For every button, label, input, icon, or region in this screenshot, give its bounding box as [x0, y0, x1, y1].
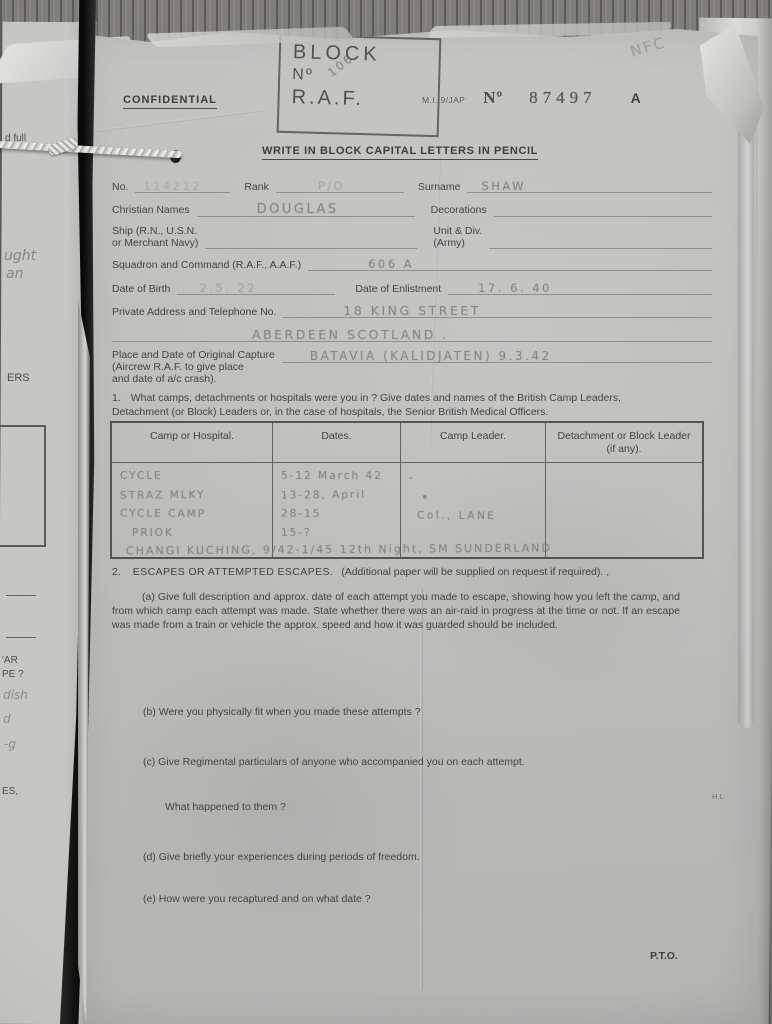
- squadron-value: 606 A: [368, 257, 414, 271]
- adjacent-page-fragment: ES,: [2, 786, 18, 797]
- surname-field: SHAW: [467, 178, 712, 193]
- right-fold-highlight: [738, 88, 754, 728]
- unit-field: [489, 234, 712, 249]
- field-row: Private Address and Telephone No. 18 KIN…: [112, 303, 712, 318]
- block-number-stamp: BLOCK Nº R.A.F.: [277, 34, 442, 137]
- personal-details-fields: No. 114212 Rank P/O Surname SHAW Christi…: [112, 178, 712, 393]
- mi9-reference: M.I. 9/JAP: [422, 95, 465, 105]
- adjacent-page-handwriting: an: [6, 266, 23, 282]
- field-row: No. 114212 Rank P/O Surname SHAW: [112, 178, 712, 193]
- address-field-line2: ABERDEEN SCOTLAND .: [112, 327, 712, 342]
- enlistment-label: Date of Enlistment: [335, 283, 448, 295]
- question-1-text: What camps, detachments or hospitals wer…: [112, 392, 621, 418]
- no-label: No.: [112, 181, 135, 193]
- squadron-label: Squadron and Command (R.A.F., A.A.F.): [112, 259, 308, 271]
- question-1-number: 1.: [112, 392, 131, 404]
- surname-label: Surname: [404, 181, 468, 193]
- column-header: Camp Leader.: [400, 423, 545, 463]
- camp-entry: STRAZ MLKY: [120, 485, 270, 506]
- adjacent-page-handwriting: d: [3, 712, 11, 726]
- field-row: Squadron and Command (R.A.F., A.A.F.) 60…: [112, 256, 712, 271]
- vertical-crease: [420, 588, 423, 990]
- field-row: Ship (R.N., U.S.N. or Merchant Navy) Uni…: [112, 225, 712, 249]
- capture-value: BATAVIA (KALIDJATEN) 9.3.42: [310, 349, 552, 363]
- confidential-marking: CONFIDENTIAL: [123, 94, 217, 109]
- serial-number-row: M.I. 9/JAP Nº 87497 A: [422, 88, 641, 108]
- date-entry: 5-12 March 42: [281, 467, 398, 486]
- diagonal-crease: [93, 110, 262, 133]
- enlistment-field: 17. 6. 40: [448, 280, 712, 295]
- right-edge-fragment: H.L.: [712, 792, 726, 801]
- main-form-page: CONFIDENTIAL BLOCK Nº R.A.F. 106 M.I. 9/…: [82, 28, 758, 1024]
- stamp-line: R.A.F.: [291, 86, 438, 113]
- question-2c-followup: What happened to them ?: [165, 800, 286, 814]
- adjacent-page-handwriting: ught: [4, 248, 36, 264]
- christian-names-value: DOUGLAS: [257, 202, 339, 217]
- rank-field: P/O: [276, 178, 404, 193]
- adjacent-page-fragment: PE ?: [2, 669, 24, 680]
- rank-value: P/O: [318, 179, 345, 193]
- question-2d: (d) Give briefly your experiences during…: [143, 850, 420, 864]
- question-2c: (c) Give Regimental particulars of anyon…: [143, 755, 525, 769]
- camp-entry: CYCLE CAMP: [120, 505, 270, 525]
- number-sign: Nº: [483, 88, 503, 108]
- adjacent-page-rule: [6, 637, 36, 638]
- date-entry: 15-?: [281, 524, 398, 543]
- camps-table: Camp or Hospital. Dates. Camp Leader. De…: [110, 421, 704, 559]
- section-2-title: ESCAPES OR ATTEMPTED ESCAPES.: [133, 566, 333, 578]
- decorations-field: [494, 202, 712, 217]
- field-row: Date of Birth 2.5. 22 Date of Enlistment…: [112, 280, 712, 295]
- question-1: 1.What camps, detachments or hospitals w…: [112, 391, 678, 419]
- document-photo: d full ught an ERS 'AR PE ? dish d -g ES…: [0, 0, 772, 1024]
- capture-label: Place and Date of Original Capture (Airc…: [112, 349, 282, 385]
- no-field: 114212: [135, 178, 230, 193]
- unit-label: Unit & Div. (Army): [417, 225, 489, 249]
- enlistment-value: 17. 6. 40: [478, 281, 552, 295]
- column-header: Dates.: [272, 423, 400, 463]
- dob-value: 2.5. 22: [199, 281, 257, 295]
- capture-field: BATAVIA (KALIDJATEN) 9.3.42: [282, 348, 712, 363]
- field-row: Christian Names DOUGLAS Decorations: [112, 202, 712, 217]
- squadron-field: 606 A: [308, 256, 712, 271]
- adjacent-page-fragment: 'AR: [2, 655, 18, 666]
- dob-label: Date of Birth: [112, 283, 177, 295]
- decorations-label: Decorations: [415, 204, 494, 216]
- address-field: 18 KING STREET: [283, 303, 712, 318]
- section-2-heading: 2.ESCAPES OR ATTEMPTED ESCAPES.(Addition…: [112, 566, 680, 578]
- dob-field: 2.5. 22: [177, 280, 335, 295]
- section-2-number: 2.: [112, 566, 133, 578]
- adjacent-page-rule: [6, 595, 36, 596]
- no-value: 114212: [143, 179, 202, 193]
- pencil-corner-note: NFC: [628, 33, 668, 60]
- christian-names-field: DOUGLAS: [197, 202, 415, 217]
- address-value-line1: 18 KING STREET: [343, 303, 480, 318]
- address-label: Private Address and Telephone No.: [112, 306, 283, 318]
- adjacent-page-handwriting: dish: [3, 688, 28, 702]
- camps-table-header: Camp or Hospital. Dates. Camp Leader. De…: [112, 423, 702, 463]
- adjacent-page-fragment: ERS: [7, 372, 30, 384]
- address-value-line2: ABERDEEN SCOTLAND .: [252, 327, 449, 342]
- leader-entry: •: [421, 488, 543, 508]
- serial-number: 87497: [529, 88, 597, 108]
- column-header: Detachment or Block Leader (if any).: [545, 423, 702, 463]
- date-entry: 28-15: [281, 505, 398, 525]
- question-2b: (b) Were you physically fit when you mad…: [143, 705, 421, 719]
- rank-label: Rank: [230, 181, 276, 193]
- column-header: Camp or Hospital.: [112, 423, 272, 463]
- field-row: Place and Date of Original Capture (Airc…: [112, 349, 712, 385]
- section-2: 2.ESCAPES OR ATTEMPTED ESCAPES.(Addition…: [112, 566, 680, 578]
- stamp-line: Nº: [292, 66, 438, 88]
- date-entry: 13-28, April: [281, 486, 398, 506]
- page-turn-over-marking: P.T.O.: [650, 950, 678, 962]
- question-2a: (a) Give full description and approx. da…: [112, 590, 680, 633]
- ship-label: Ship (R.N., U.S.N. or Merchant Navy): [112, 225, 205, 249]
- leader-entry: Col., LANE: [417, 507, 543, 527]
- section-2-note: (Additional paper will be supplied on re…: [341, 566, 609, 578]
- leader-entry: -: [409, 469, 543, 488]
- surname-value: SHAW: [481, 179, 526, 193]
- camp-entry: CYCLE: [120, 467, 270, 486]
- serial-grade-letter: A: [631, 90, 641, 106]
- christian-names-label: Christian Names: [112, 204, 197, 216]
- block-leader-column: [545, 463, 702, 557]
- field-row: ABERDEEN SCOTLAND .: [112, 327, 712, 342]
- question-2e: (e) How were you recaptured and on what …: [143, 892, 371, 906]
- adjacent-page-table-corner: [0, 425, 46, 547]
- ship-field: [205, 234, 417, 249]
- stamp-line: BLOCK: [293, 41, 440, 68]
- camp-entry: PRIOK: [132, 524, 270, 543]
- adjacent-page-handwriting: -g: [4, 737, 16, 751]
